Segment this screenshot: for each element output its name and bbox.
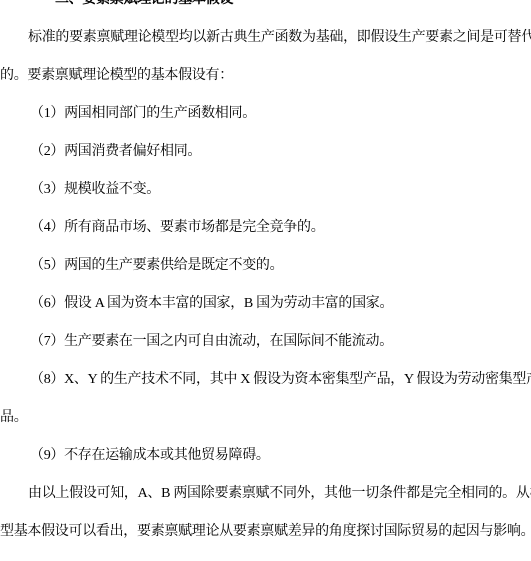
list-item-2: （2）两国消费者偏好相同。 — [0, 133, 531, 171]
section-heading-clipped: 二、要素禀赋理论的基本假设 — [0, 0, 531, 19]
list-item-5: （5）两国的生产要素供给是既定不变的。 — [0, 247, 531, 285]
list-item-8: （8）X、Y 的生产技术不同，其中 X 假设为资本密集型产品，Y 假设为劳动密集… — [0, 361, 531, 399]
list-item-3: （3）规模收益不变。 — [0, 171, 531, 209]
paragraph-line: 型基本假设可以看出，要素禀赋理论从要素禀赋差异的角度探讨国际贸易的起因与影响。 — [0, 513, 531, 551]
paragraph-line: 的。要素禀赋理论模型的基本假设有： — [0, 57, 531, 95]
list-item-8-continuation: 品。 — [0, 399, 531, 437]
list-item-1: （1）两国相同部门的生产函数相同。 — [0, 95, 531, 133]
paragraph-line: 标准的要素禀赋理论模型均以新古典生产函数为基础，即假设生产要素之间是可替代 — [0, 19, 531, 57]
document-page: 二、要素禀赋理论的基本假设 标准的要素禀赋理论模型均以新古典生产函数为基础，即假… — [0, 0, 531, 561]
document-content: 二、要素禀赋理论的基本假设 标准的要素禀赋理论模型均以新古典生产函数为基础，即假… — [0, 0, 531, 551]
paragraph-line: 由以上假设可知，A、B 两国除要素禀赋不同外，其他一切条件都是完全相同的。从模 — [0, 475, 531, 513]
list-item-9: （9）不存在运输成本或其他贸易障碍。 — [0, 437, 531, 475]
list-item-4: （4）所有商品市场、要素市场都是完全竞争的。 — [0, 209, 531, 247]
list-item-7: （7）生产要素在一国之内可自由流动，在国际间不能流动。 — [0, 323, 531, 361]
list-item-6: （6）假设 A 国为资本丰富的国家，B 国为劳动丰富的国家。 — [0, 285, 531, 323]
